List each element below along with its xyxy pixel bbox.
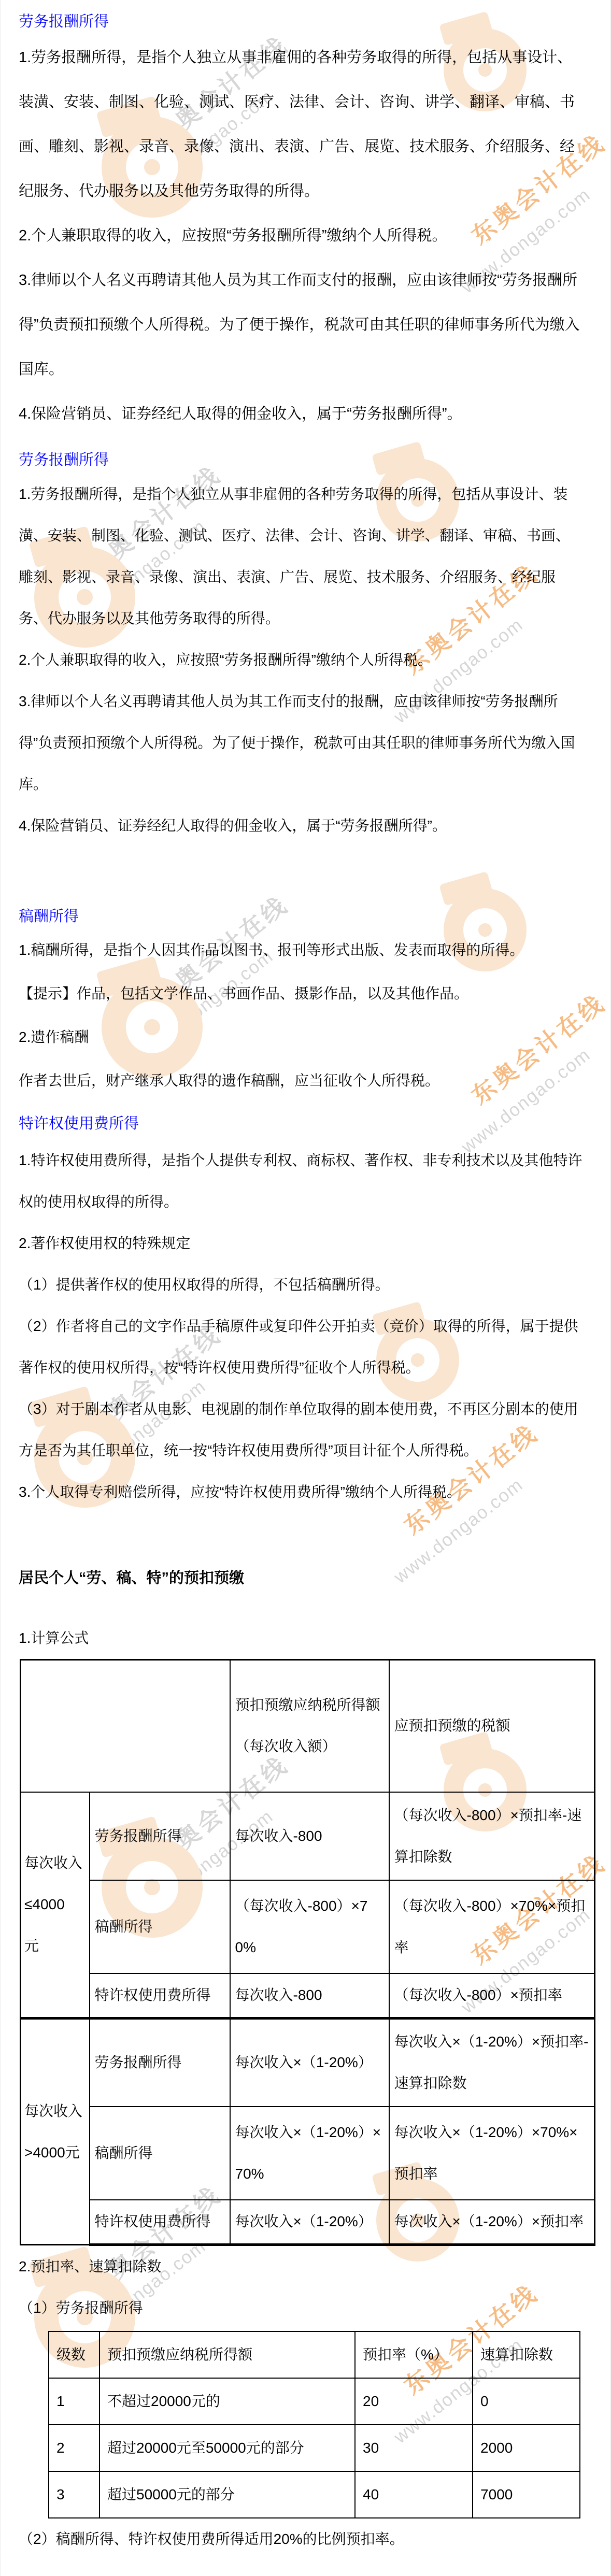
- table-header-taxable-amount: 预扣预缴应纳税所得额: [100, 2331, 355, 2378]
- cell-quick-deduction: 2000: [473, 2425, 580, 2471]
- cell-income-type: 特许权使用费所得: [90, 1973, 230, 2019]
- paragraph-labor-commission: 4.保险营销员、证券经纪人取得的佣金收入，属于“劳务报酬所得”。: [19, 805, 584, 847]
- cell-income-type: 特许权使用费所得: [90, 2200, 230, 2245]
- labor-withholding-rate-table: 级数 预扣预缴应纳税所得额 预扣率（%） 速算扣除数 1 不超过20000元的 …: [48, 2331, 580, 2518]
- section-heading-withholding: 居民个人“劳、稿、特”的预扣预缴: [19, 1565, 592, 1592]
- cell-taxable-base: （每次收入-800）×70%: [230, 1880, 389, 1973]
- paragraph-labor-parttime: 2.个人兼职取得的收入，应按照“劳务报酬所得”缴纳个人所得税。: [19, 213, 584, 258]
- section-labor-remuneration-2: 劳务报酬所得 1.劳务报酬所得，是指个人独立从事非雇佣的各种劳务取得的所得，包括…: [19, 447, 592, 847]
- paragraph-royalty-definition: 1.特许权使用费所得，是指个人提供专利权、商标权、著作权、非专利技术以及其他特许…: [19, 1140, 584, 1223]
- group-label-income-gt-4000: 每次收入 >4000元: [21, 2019, 90, 2245]
- paragraph-labor-commission: 4.保险营销员、证券经纪人取得的佣金收入，属于“劳务报酬所得”。: [19, 392, 584, 436]
- cell-tax-formula: （每次收入-800）×预扣率-速算扣除数: [389, 1792, 595, 1880]
- cell-tax-formula: （每次收入-800）×预扣率: [389, 1973, 595, 2019]
- document-page: 东奥会计在线 www.dongao.com 东奥会计在线 www.dongao.…: [0, 0, 611, 2576]
- paragraph-copyright-rule-3: （3）对于剧本作者从电影、电视剧的制作单位取得的剧本使用费，不再区分剧本的使用方…: [19, 1389, 584, 1471]
- table-header-quick-deduction: 速算扣除数: [473, 2331, 580, 2378]
- cell-taxable-amount: 不超过20000元的: [100, 2378, 355, 2425]
- cell-taxable-base: 每次收入×（1-20%）: [230, 2200, 389, 2245]
- paragraph-posthumous-title: 2.遗作稿酬: [19, 1015, 584, 1059]
- cell-quick-deduction: 7000: [473, 2471, 580, 2518]
- paragraph-proportional-rate-note: （2）稿酬所得、特许权使用费所得适用20%的比例预扣率。: [19, 2518, 584, 2560]
- section-heading-manuscript-income: 稿酬所得: [19, 905, 592, 928]
- table-row: 3 超过50000元的部分 40 7000: [49, 2471, 580, 2518]
- cell-quick-deduction: 0: [473, 2378, 580, 2425]
- cell-tax-formula: 每次收入×（1-20%）×预扣率: [389, 2200, 595, 2245]
- document-content: 劳务报酬所得 1.劳务报酬所得，是指个人独立从事非雇佣的各种劳务取得的所得，包括…: [1, 8, 610, 2575]
- paragraph-manuscript-definition: 1.稿酬所得，是指个人因其作品以图书、报刊等形式出版、发表而取得的所得。: [19, 928, 584, 972]
- group-label-income-le-4000: 每次收入 ≤4000 元: [21, 1792, 90, 2019]
- cell-tax-formula: 每次收入×（1-20%）×70%×预扣率: [389, 2107, 595, 2200]
- cell-income-type: 劳务报酬所得: [90, 1792, 230, 1880]
- cell-income-type: 劳务报酬所得: [90, 2019, 230, 2107]
- paragraph-copyright-rule-1: （1）提供著作权的使用权取得的所得，不包括稿酬所得。: [19, 1264, 584, 1306]
- paragraph-copyright-special-rules: 2.著作权使用权的特殊规定: [19, 1223, 584, 1264]
- paragraph-copyright-rule-2: （2）作者将自己的文字作品手稿原件或复印件公开拍卖（竞价）取得的所得，属于提供著…: [19, 1306, 584, 1389]
- paragraph-labor-definition: 1.劳务报酬所得，是指个人独立从事非雇佣的各种劳务取得的所得，包括从事设计、装潢…: [19, 35, 584, 213]
- section-withholding: 居民个人“劳、稿、特”的预扣预缴 1.计算公式 预扣预缴应纳税所得额 （每次收入…: [19, 1565, 592, 2560]
- cell-taxable-amount: 超过50000元的部分: [100, 2471, 355, 2518]
- cell-rate: 30: [355, 2425, 473, 2471]
- paragraph-patent-compensation: 3.个人取得专利赔偿所得，应按“特许权使用费所得”缴纳个人所得税。: [19, 1471, 584, 1513]
- paragraph-posthumous-detail: 作者去世后，财产继承人取得的遗作稿酬，应当征收个人所得税。: [19, 1059, 584, 1103]
- cell-taxable-base: 每次收入-800: [230, 1792, 389, 1880]
- label-formula: 1.计算公式: [19, 1618, 584, 1659]
- paragraph-labor-lawyer: 3.律师以个人名义再聘请其他人员为其工作而支付的报酬，应由该律师按“劳务报酬所得…: [19, 681, 584, 805]
- table-header-taxable-base: 预扣预缴应纳税所得额 （每次收入额）: [230, 1660, 389, 1792]
- cell-level: 2: [49, 2425, 100, 2471]
- section-labor-remuneration-1: 劳务报酬所得 1.劳务报酬所得，是指个人独立从事非雇佣的各种劳务取得的所得，包括…: [19, 8, 592, 436]
- cell-rate: 20: [355, 2378, 473, 2425]
- table-header-empty-cell: [21, 1660, 230, 1792]
- section-heading-royalty-income: 特许权使用费所得: [19, 1108, 592, 1140]
- cell-taxable-base: 每次收入×（1-20%）: [230, 2019, 389, 2107]
- paragraph-labor-parttime: 2.个人兼职取得的收入，应按照“劳务报酬所得”缴纳个人所得税。: [19, 639, 584, 681]
- label-rate: 2.预扣率、速算扣除数: [19, 2246, 584, 2287]
- section-manuscript-income: 稿酬所得 1.稿酬所得，是指个人因其作品以图书、报刊等形式出版、发表而取得的所得…: [19, 905, 592, 1103]
- paragraph-manuscript-tip: 【提示】作品，包括文学作品、书画作品、摄影作品，以及其他作品。: [19, 972, 584, 1015]
- withholding-formula-table: 预扣预缴应纳税所得额 （每次收入额） 应预扣预缴的税额 每次收入 ≤4000 元…: [20, 1659, 595, 2246]
- cell-rate: 40: [355, 2471, 473, 2518]
- table-row: 1 不超过20000元的 20 0: [49, 2378, 580, 2425]
- table-header-level: 级数: [49, 2331, 100, 2378]
- table-header-rate: 预扣率（%）: [355, 2331, 473, 2378]
- cell-tax-formula: （每次收入-800）×70%×预扣率: [389, 1880, 595, 1973]
- cell-taxable-base: 每次收入×（1-20%）×70%: [230, 2107, 389, 2200]
- cell-taxable-base: 每次收入-800: [230, 1973, 389, 2019]
- paragraph-labor-lawyer: 3.律师以个人名义再聘请其他人员为其工作而支付的报酬，应由该律师按“劳务报酬所得…: [19, 258, 584, 392]
- table-header-tax-amount: 应预扣预缴的税额: [389, 1660, 595, 1792]
- table-row: 2 超过20000元至50000元的部分 30 2000: [49, 2425, 580, 2471]
- cell-tax-formula: 每次收入×（1-20%）×预扣率-速算扣除数: [389, 2019, 595, 2107]
- label-labor-rate: （1）劳务报酬所得: [19, 2287, 584, 2329]
- cell-level: 1: [49, 2378, 100, 2425]
- section-heading-labor-remuneration: 劳务报酬所得: [19, 447, 592, 474]
- cell-income-type: 稿酬所得: [90, 2107, 230, 2200]
- paragraph-labor-definition: 1.劳务报酬所得，是指个人独立从事非雇佣的各种劳务取得的所得，包括从事设计、装潢…: [19, 474, 584, 639]
- cell-level: 3: [49, 2471, 100, 2518]
- cell-taxable-amount: 超过20000元至50000元的部分: [100, 2425, 355, 2471]
- section-heading-labor-remuneration: 劳务报酬所得: [19, 8, 592, 35]
- section-royalty-income: 特许权使用费所得 1.特许权使用费所得，是指个人提供专利权、商标权、著作权、非专…: [19, 1108, 592, 1513]
- cell-income-type: 稿酬所得: [90, 1880, 230, 1973]
